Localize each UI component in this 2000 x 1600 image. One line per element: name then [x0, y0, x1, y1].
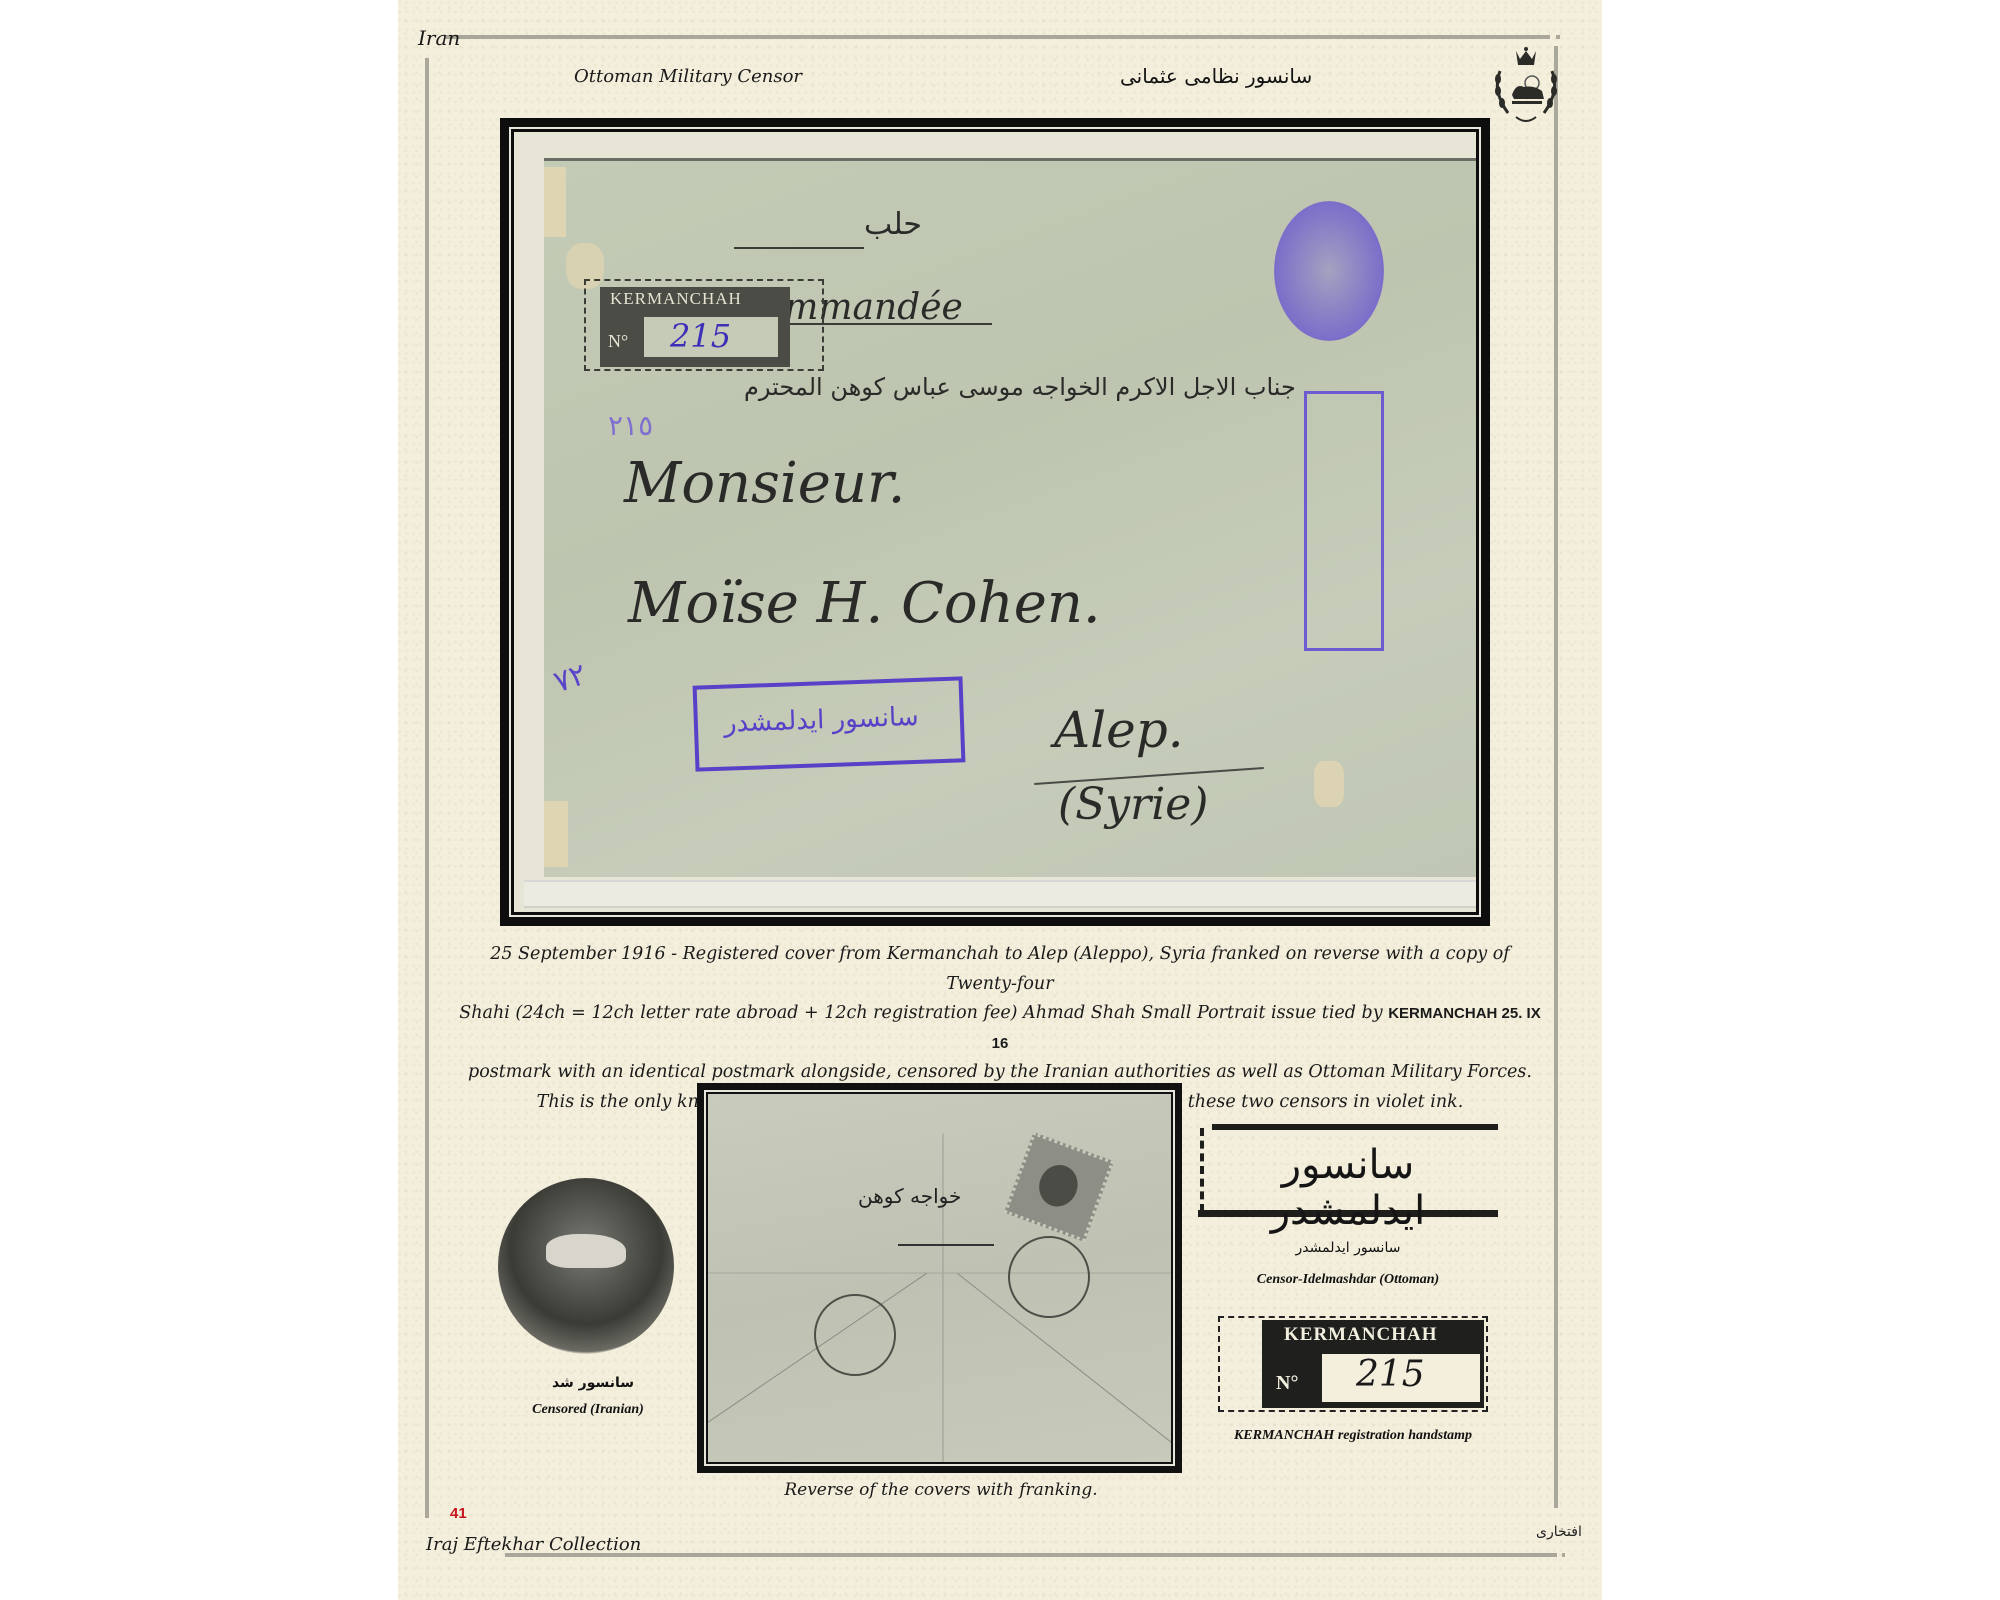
cover-mount: حلب Recommandée KERMANCHAH N° 215 جناب ا… [514, 132, 1476, 912]
tape-top-left [544, 167, 566, 237]
registration-handstamp-caption: KERMANCHAH registration handstamp [1198, 1428, 1508, 1444]
top-rule-dot [1556, 35, 1560, 39]
frame-inner-border: حلب Recommandée KERMANCHAH N° 215 جناب ا… [509, 127, 1481, 917]
underline [734, 247, 864, 249]
tape-bottom-left [544, 801, 568, 867]
iranian-censor-seal-image [498, 1178, 674, 1354]
addressee-name: Moïse H. Cohen. [628, 571, 1101, 636]
bottom-rule-dot [1562, 1553, 1565, 1557]
right-rule [1554, 46, 1558, 1508]
mount-sleeve [524, 880, 1476, 908]
caption-line: 25 September 1916 - Registered cover fro… [458, 940, 1542, 999]
reverse-caption: Reverse of the covers with franking. [698, 1480, 1184, 1500]
registration-number: 215 [670, 317, 731, 355]
frame-inner-border: خواجه کوهن [704, 1090, 1175, 1466]
caption-line: Shahi (24ch = 12ch letter rate abroad + … [458, 999, 1542, 1058]
cover-front-image: حلب Recommandée KERMANCHAH N° 215 جناب ا… [544, 158, 1476, 877]
lion-and-sun-emblem-icon [1486, 45, 1566, 129]
registration-number: 215 [1356, 1354, 1425, 1395]
ottoman-censor-caption-fa: سانسور ایدلمشدر [1218, 1240, 1478, 1256]
country-label: Iran [418, 26, 460, 50]
destination-city: Alep. [1054, 701, 1184, 759]
ottoman-censor-stamp-image: سانسور ایدلمشدر [1198, 1124, 1498, 1220]
top-rule [444, 35, 1550, 39]
page-number: 41 [450, 1505, 467, 1522]
ottoman-censor-caption-en: Censor-Idelmashdar (Ottoman) [1198, 1272, 1498, 1288]
addressee-title: Monsieur. [624, 451, 905, 516]
tape-bottom-right [1314, 761, 1344, 807]
envelope-flap-lines [708, 1094, 1171, 1462]
iranian-censor-seal [1274, 201, 1384, 341]
ottoman-censor-stamp-text: سانسور ایدلمشدر [1218, 1142, 1478, 1234]
cover-reverse-image: خواجه کوهن [708, 1094, 1171, 1462]
page-title-en: Ottoman Military Censor [574, 66, 802, 87]
registration-prefix: N° [608, 331, 628, 352]
postmark-kermanchah [1008, 1236, 1090, 1318]
album-page: Iran Ottoman Military Censor سانسور نظام… [398, 0, 1602, 1600]
ottoman-censor-stamp-vertical [1304, 391, 1384, 651]
violet-note: ۲۱٥ [608, 409, 653, 442]
collection-name: Iraj Eftekhar Collection [426, 1534, 641, 1555]
underline [898, 1244, 994, 1246]
cover-front-frame: حلب Recommandée KERMANCHAH N° 215 جناب ا… [500, 118, 1490, 926]
ottoman-censor-text: سانسور ایدلمشدر [723, 702, 919, 739]
reverse-handwriting: خواجه کوهن [858, 1184, 961, 1208]
arabic-address: جناب الاجل الاكرم الخواجه موسی عباس کوهن… [744, 373, 1296, 401]
lion-icon [546, 1234, 626, 1268]
cover-reverse-frame: خواجه کوهن [697, 1083, 1182, 1473]
left-rule [425, 58, 429, 1518]
ottoman-censor-stamp: سانسور ایدلمشدر [693, 676, 966, 771]
registration-town: KERMANCHAH [610, 289, 742, 309]
signature: افتخاری [1536, 1524, 1582, 1540]
registration-prefix: N° [1276, 1372, 1298, 1395]
registration-town: KERMANCHAH [1284, 1324, 1438, 1346]
iranian-censor-caption-fa: سانسور شد [508, 1375, 678, 1391]
registration-handstamp-image: KERMANCHAH N° 215 [1218, 1316, 1488, 1412]
portrait-icon [1033, 1159, 1083, 1211]
registration-stamp: KERMANCHAH N° 215 [584, 279, 824, 371]
iranian-censor-caption-en: Censored (Iranian) [488, 1402, 688, 1418]
bottom-rule [505, 1553, 1557, 1557]
destination-country: (Syrie) [1058, 779, 1208, 830]
destination-arabic: حلب [864, 207, 922, 242]
caption-text: Shahi (24ch = 12ch letter rate abroad + … [459, 1003, 1388, 1023]
postmark-kermanchah [814, 1294, 896, 1376]
page-title-fa: سانسور نظامی عثمانی [1120, 64, 1312, 88]
violet-note: ۷۲ [549, 657, 590, 700]
